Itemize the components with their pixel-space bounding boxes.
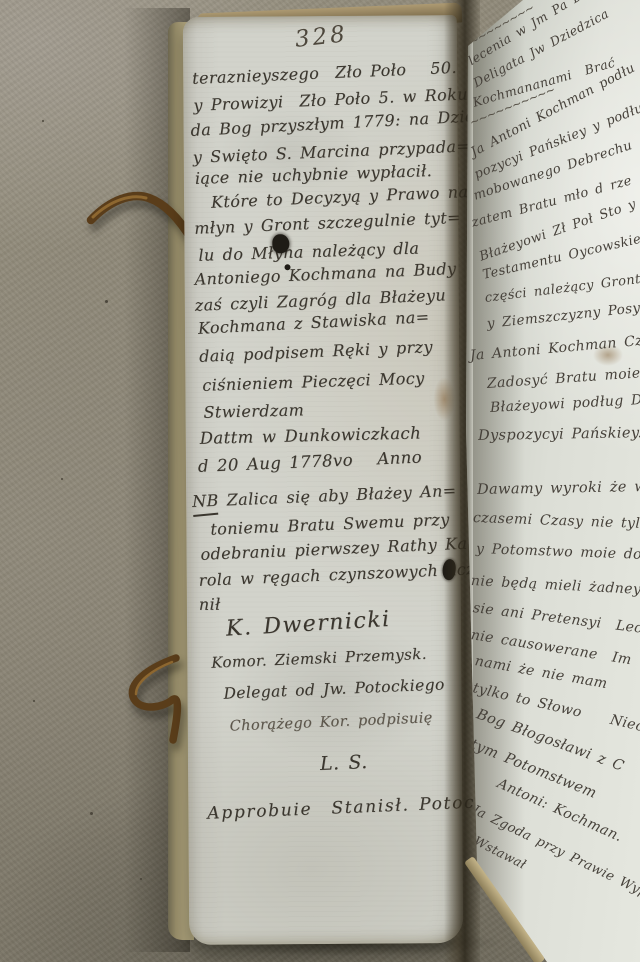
right-page-text: 1770o Dni~~~~~~~~lecenia w Jm Pa DwerDel… [455,0,640,962]
manuscript-line: odebraniu pierwszey Rathy Ka= [200,533,481,564]
manuscript-line: Ja Antoni Kochman Czy [469,332,640,364]
manuscript-line: Dyspozycyi Pańskiey. [478,425,640,444]
ink-blot [284,264,290,270]
manuscript-line: toniemu Bratu Swemu przy [210,510,450,539]
manuscript-line: nie będą mieli żadney b [471,573,640,599]
manuscript-line: Dattm w Dunkowiczkach [199,423,421,447]
right-page: 1770o Dni~~~~~~~~lecenia w Jm Pa DwerDel… [455,0,640,962]
manuscript-line: czasemi Czasy nie tylko a [473,510,640,533]
manuscript-photo-scene: 328 teraznieyszego Zło Poło 50.y Prowizy… [0,0,640,962]
manuscript-line: teraznieyszego Zło Poło 50. [192,58,457,88]
stone-speck [105,300,108,303]
stone-speck [42,120,44,122]
stone-speck [33,700,35,702]
manuscript-line: L. S. [320,751,368,775]
stone-speck [61,478,63,480]
leather-tie-top-icon [86,184,198,256]
manuscript-line: nił [199,595,221,614]
manuscript-line: ciśnieniem Pieczęci Mocy [202,368,425,394]
manuscript-line: Zadosyć Bratu moie [486,365,640,392]
manuscript-line: Stwierdzam [203,400,304,421]
manuscript-line: y Potomstwo moie do nie [476,541,640,564]
manuscript-line: młyn y Gront szczegulnie tyt= [194,208,461,238]
manuscript-line: NB Zalica się aby Błażey An= [192,481,457,511]
manuscript-line: daią podpisem Ręki y przy [199,337,433,366]
manuscript-line: Błażeyowi podług Deter [490,390,640,416]
manuscript-line: y Ziemszczyzny Posyw [486,299,640,332]
manuscript-line: Chorążego Kor. podpisuię [229,710,433,734]
manuscript-line: K. Dwernicki [225,607,391,642]
left-page-text: teraznieyszego Zło Poło 50.y Prowizyi Zł… [183,15,463,945]
leather-tie-bottom-icon [106,652,190,748]
manuscript-line: Komor. Ziemski Przemysk. [211,645,427,672]
stone-speck [90,812,93,815]
ink-blot [272,234,289,253]
manuscript-line: d 20 Aug 1778vo Anno [198,447,423,475]
left-page: 328 teraznieyszego Zło Poło 50.y Prowizy… [183,15,463,945]
manuscript-line: Delegat od Jw. Potockiego [223,675,445,702]
manuscript-line: Które to Decyzyą y Prawo na [211,182,469,212]
manuscript-line: Dawamy wyroki że w [477,479,640,498]
